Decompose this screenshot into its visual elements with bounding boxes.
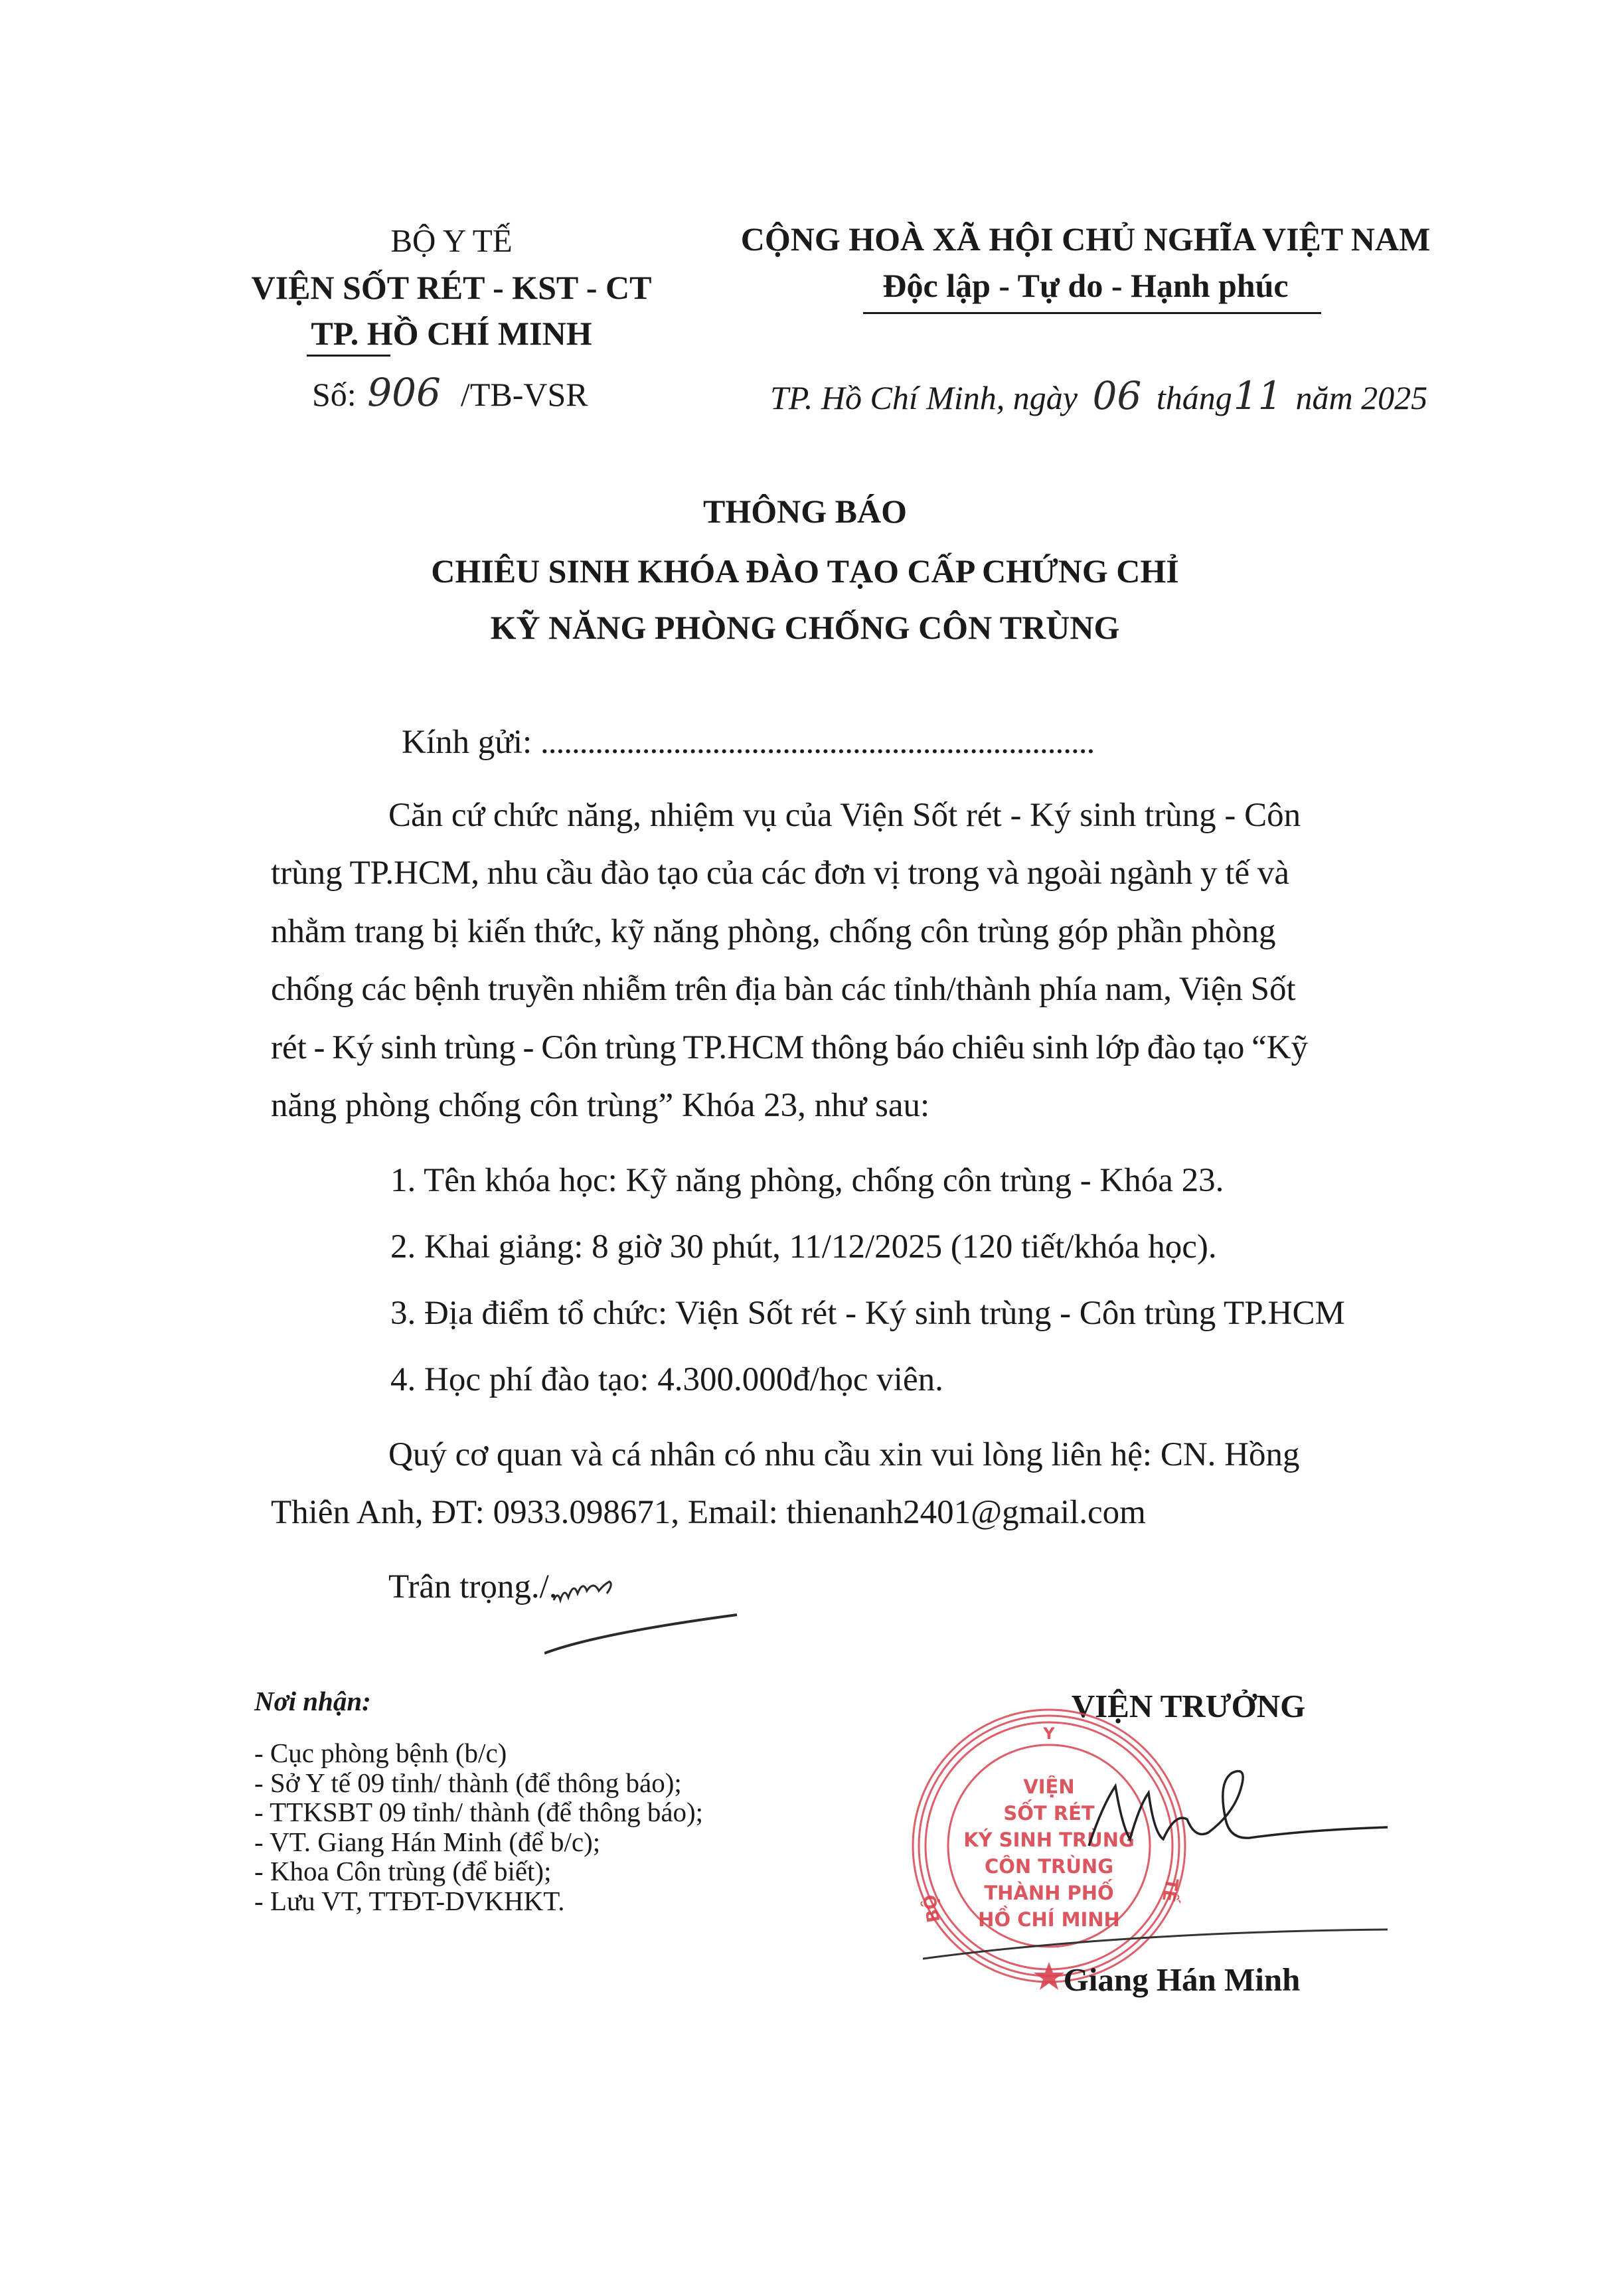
intro-line: trùng TP.HCM, nhu cầu đào tạo của các đơ… xyxy=(271,857,1289,890)
initials-signature-icon xyxy=(544,1560,757,1660)
motto-underline xyxy=(863,312,1321,314)
salutation-label: Kính gửi: xyxy=(402,724,532,761)
document-subtitle-line2: KỸ NĂNG PHÒNG CHỐNG CÔN TRÙNG xyxy=(0,611,1610,644)
stamp-line: THÀNH PHỐ xyxy=(984,1879,1113,1904)
date-prefix: TP. Hồ Chí Minh, ngày xyxy=(770,379,1078,416)
recipient-item: - TTKSBT 09 tỉnh/ thành (để thông báo); xyxy=(254,1797,703,1827)
opening-date-item: 2. Khai giảng: 8 giờ 30 phút, 11/12/2025… xyxy=(390,1230,1217,1264)
document-number: Số: 906/TB-VSR xyxy=(312,373,588,412)
stamp-ring-right: TẾ xyxy=(1158,1876,1185,1904)
document-subtitle-line1: CHIÊU SINH KHÓA ĐÀO TẠO CẤP CHỨNG CHỈ xyxy=(0,554,1610,588)
signer-name: Giang Hán Minh xyxy=(1022,1963,1341,1996)
ministry-name: BỘ Y TẾ xyxy=(319,224,584,257)
institute-city: TP. HỒ CHÍ MINH xyxy=(219,317,684,350)
recipients-heading: Nơi nhận: xyxy=(254,1685,371,1717)
salutation: Kính gửi: ..............................… xyxy=(402,726,1094,760)
intro-line: năng phòng chống côn trùng” Khóa 23, như… xyxy=(271,1089,929,1123)
document-number-label: Số: xyxy=(312,376,357,413)
location-item: 3. Địa điểm tổ chức: Viện Sốt rét - Ký s… xyxy=(390,1297,1345,1331)
recipients-list: - Cục phòng bệnh (b/c) - Sở Y tế 09 tỉnh… xyxy=(254,1738,703,1916)
closing-remark: Trân trọng./. xyxy=(388,1570,558,1604)
intro-line: chống các bệnh truyền nhiễm trên địa bàn… xyxy=(271,973,1296,1007)
recipient-item: - Lưu VT, TTĐT-DVKHKT. xyxy=(254,1886,703,1916)
intro-line: Căn cứ chức năng, nhiệm vụ của Viện Sốt … xyxy=(388,799,1301,833)
stamp-ring-top: Y xyxy=(1042,1724,1055,1743)
contact-line: Thiên Anh, ĐT: 0933.098671, Email: thien… xyxy=(271,1496,1146,1530)
document-number-suffix: /TB-VSR xyxy=(461,376,588,413)
tuition-fee-item: 4. Học phí đào tạo: 4.300.000đ/học viên. xyxy=(390,1363,943,1397)
salutation-blank: ........................................… xyxy=(540,724,1094,761)
intro-line: rét - Ký sinh trùng - Côn trùng TP.HCM t… xyxy=(271,1031,1308,1065)
recipient-item: - Khoa Côn trùng (để biết); xyxy=(254,1856,703,1886)
contact-line: Quý cơ quan và cá nhân có nhu cầu xin vu… xyxy=(388,1438,1300,1472)
document-title: THÔNG BÁO xyxy=(0,495,1610,528)
director-signature-icon xyxy=(1076,1766,1388,1872)
country-name: CỘNG HOÀ XÃ HỘI CHỦ NGHĨA VIỆT NAM xyxy=(704,222,1467,256)
date-month-handwritten: 11 xyxy=(1234,373,1283,418)
recipient-item: - Cục phòng bệnh (b/c) xyxy=(254,1738,703,1768)
date-month-label: tháng xyxy=(1157,379,1232,416)
contact-details[interactable]: Thiên Anh, ĐT: 0933.098671, Email: thien… xyxy=(271,1494,1146,1531)
institute-name: VIỆN SỐT RÉT - KST - CT xyxy=(219,271,684,304)
stamp-line: VIỆN xyxy=(1023,1775,1074,1798)
date-day-handwritten: 06 xyxy=(1093,373,1142,418)
recipient-item: - Sở Y tế 09 tỉnh/ thành (để thông báo); xyxy=(254,1768,703,1798)
date-year: năm 2025 xyxy=(1296,379,1428,416)
course-name-item: 1. Tên khóa học: Kỹ năng phòng, chống cô… xyxy=(390,1164,1224,1198)
document-number-handwritten: 906 xyxy=(367,370,441,415)
city-underline xyxy=(307,355,390,357)
recipient-item: - VT. Giang Hán Minh (để b/c); xyxy=(254,1827,703,1857)
document-date: TP. Hồ Chí Minh, ngày 06 tháng11năm 2025 xyxy=(770,373,1427,418)
national-motto: Độc lập - Tự do - Hạnh phúc xyxy=(704,269,1467,302)
intro-line: nhằm trang bị kiến thức, kỹ năng phòng, … xyxy=(271,915,1275,949)
